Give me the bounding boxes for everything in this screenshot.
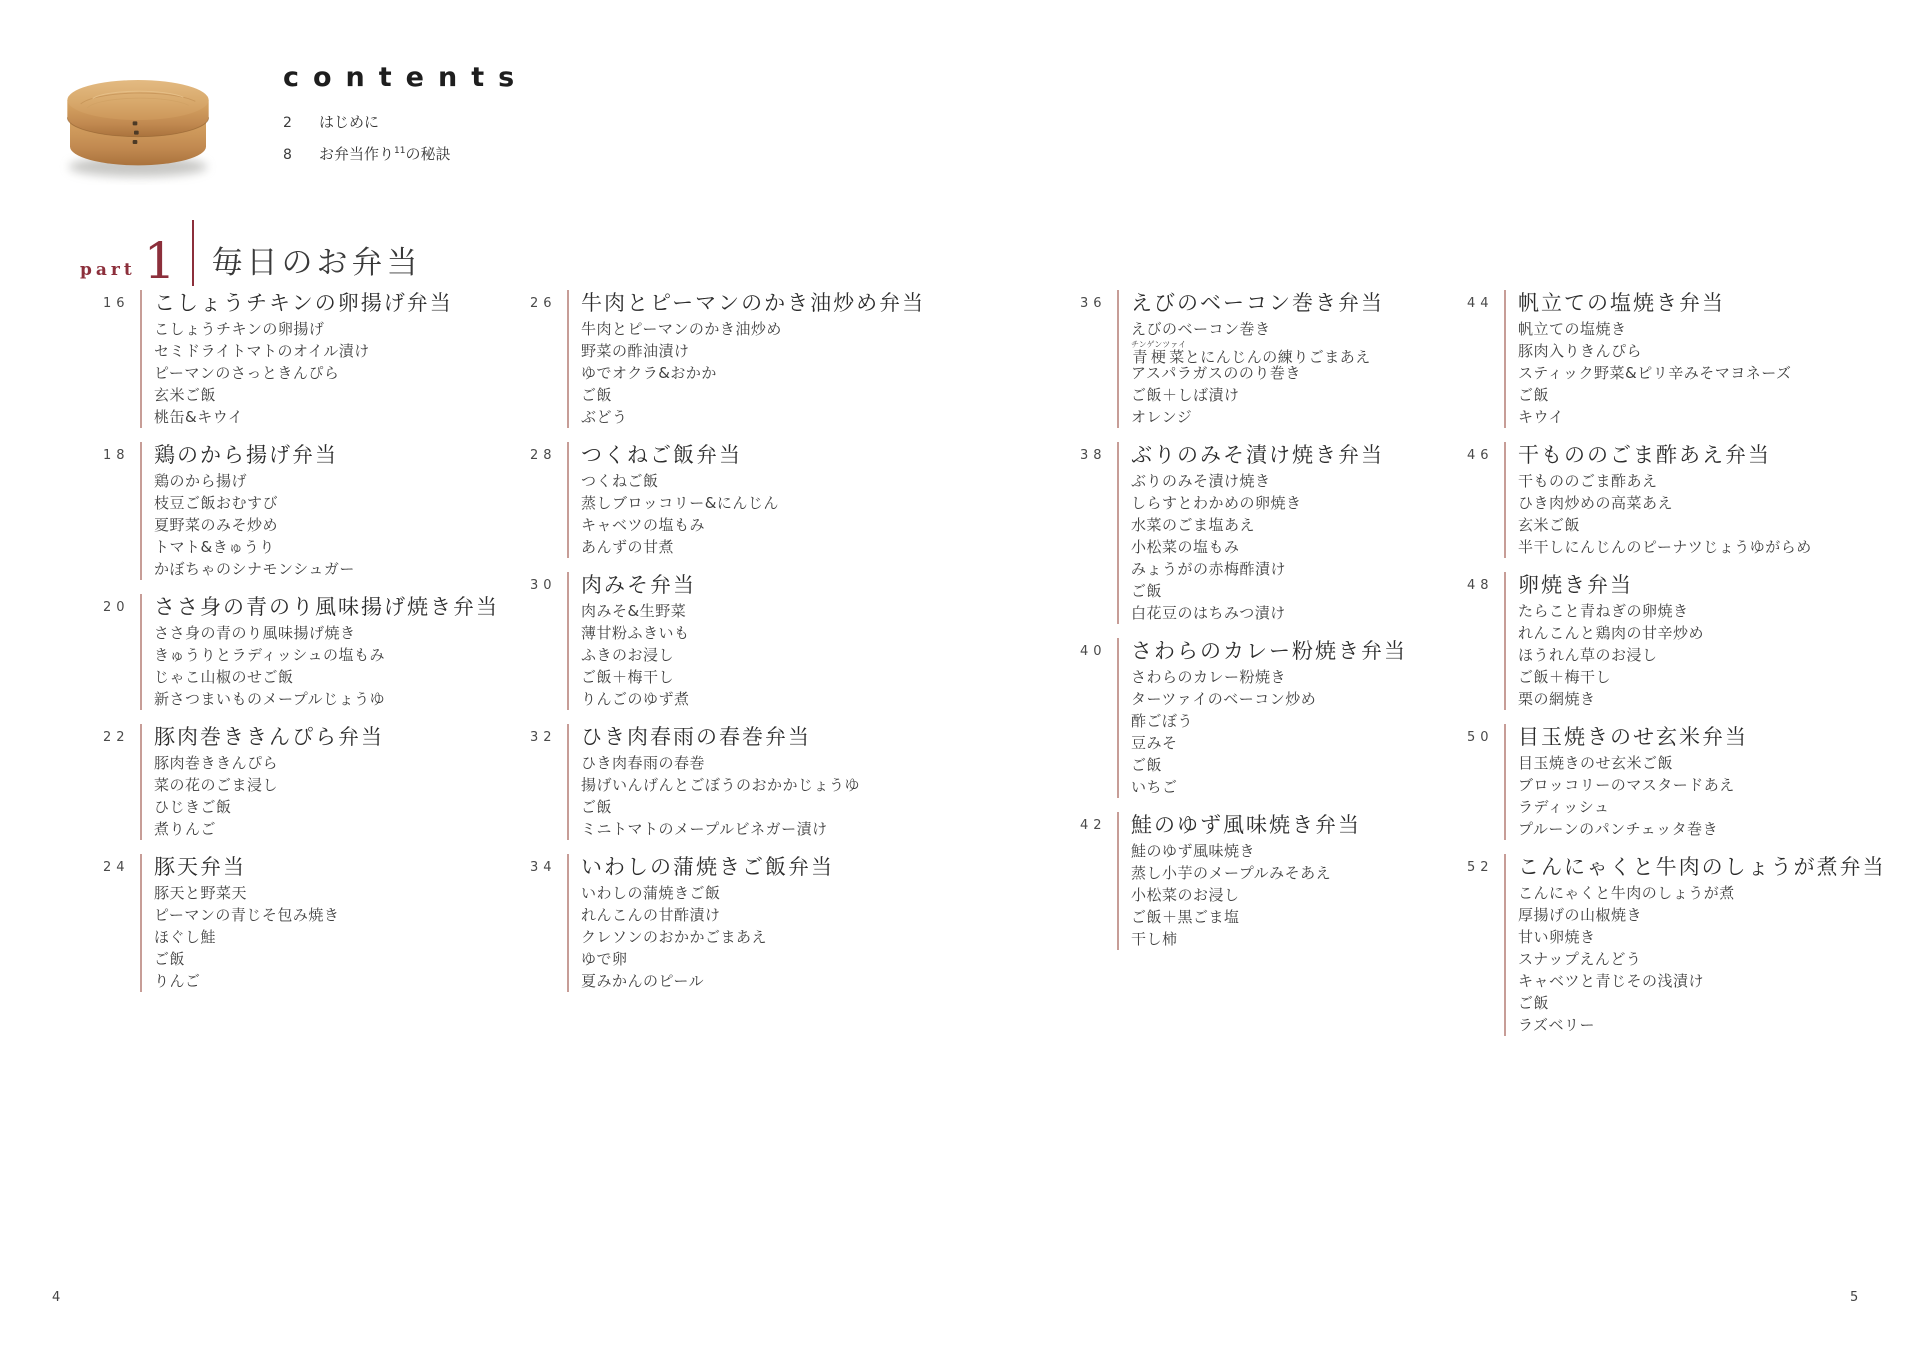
entry-item-list: ささ身の青のり風味揚げ焼ききゅうりとラディッシュの塩もみじゃこ山椒のせご飯新さつ… <box>154 622 499 710</box>
entry-item: いわしの蒲焼きご飯 <box>581 882 834 904</box>
toc-row: 2 はじめに <box>283 111 528 132</box>
entry-body: 鶏のから揚げ弁当鶏のから揚げ枝豆ご飯おむすび夏野菜のみそ炒めトマト&きゅうりかぼ… <box>140 442 355 580</box>
entry-item: かぼちゃのシナモンシュガー <box>154 558 355 580</box>
entry-body: ぶりのみそ漬け焼き弁当ぶりのみそ漬け焼きしらすとわかめの卵焼き水菜のごま塩あえ小… <box>1117 442 1384 624</box>
entry-item-list: さわらのカレー粉焼きターツァイのベーコン炒め酢ごぼう豆みそご飯いちご <box>1131 666 1407 798</box>
entry-item: あんずの甘煮 <box>581 536 779 558</box>
toc-entry: 32ひき肉春雨の春巻弁当ひき肉春雨の春巻揚げいんげんとごぼうのおかかじょうゆご飯… <box>530 724 950 840</box>
entry-item: 青梗菜チンゲンツァイとにんじんの練りごまあえ <box>1131 340 1384 362</box>
entry-item: 玄米ご飯 <box>154 384 453 406</box>
entry-item: ご飯 <box>1518 992 1886 1014</box>
entry-item: ほうれん草のお浸し <box>1518 644 1704 666</box>
entry-title: ひき肉春雨の春巻弁当 <box>581 724 860 750</box>
entry-item: ご飯＋黒ごま塩 <box>1131 906 1361 928</box>
entry-title: ささ身の青のり風味揚げ焼き弁当 <box>154 594 499 620</box>
entry-item: ご飯＋梅干し <box>581 666 696 688</box>
entry-item-list: 帆立ての塩焼き豚肉入りきんぴらスティック野菜&ピリ辛みそマヨネーズご飯キウイ <box>1518 318 1791 428</box>
entry-item: 鶏のから揚げ <box>154 470 355 492</box>
toc-entry: 36えびのベーコン巻き弁当えびのベーコン巻き青梗菜チンゲンツァイとにんじんの練り… <box>1080 290 1500 428</box>
entry-item: いちご <box>1131 776 1407 798</box>
entry-body: さわらのカレー粉焼き弁当さわらのカレー粉焼きターツァイのベーコン炒め酢ごぼう豆み… <box>1117 638 1407 798</box>
entry-item: 半干しにんじんのピーナツじょうゆがらめ <box>1518 536 1812 558</box>
entry-item: 栗の網焼き <box>1518 688 1704 710</box>
entry-item: セミドライトマトのオイル漬け <box>154 340 453 362</box>
entry-item: ブロッコリーのマスタードあえ <box>1518 774 1748 796</box>
entry-title: 牛肉とピーマンのかき油炒め弁当 <box>581 290 925 316</box>
toc-entry: 34いわしの蒲焼きご飯弁当いわしの蒲焼きご飯れんこんの甘酢漬けクレソンのおかかご… <box>530 854 950 992</box>
part-number: 1 <box>144 236 176 286</box>
entry-item: こしょうチキンの卵揚げ <box>154 318 453 340</box>
toc-entry: 48卵焼き弁当たらこと青ねぎの卵焼きれんこんと鶏肉の甘辛炒めほうれん草のお浸しご… <box>1467 572 1887 710</box>
contents-title: contents <box>283 62 528 93</box>
entry-item-list: 目玉焼きのせ玄米ご飯ブロッコリーのマスタードあえラディッシュプルーンのパンチェッ… <box>1518 752 1748 840</box>
toc-label: はじめに <box>319 111 379 132</box>
entry-item: ピーマンのさっときんぴら <box>154 362 453 384</box>
entry-item: ふきのお浸し <box>581 644 696 666</box>
entry-item: 野菜の酢油漬け <box>581 340 925 362</box>
entry-item-list: 鶏のから揚げ枝豆ご飯おむすび夏野菜のみそ炒めトマト&きゅうりかぼちゃのシナモンシ… <box>154 470 355 580</box>
entry-item: 豆みそ <box>1131 732 1407 754</box>
entry-body: 肉みそ弁当肉みそ&生野菜薄甘粉ふきいもふきのお浸しご飯＋梅干しりんごのゆず煮 <box>567 572 696 710</box>
entry-item-list: つくねご飯蒸しブロッコリー&にんじんキャベツの塩もみあんずの甘煮 <box>581 470 779 558</box>
entry-title: さわらのカレー粉焼き弁当 <box>1131 638 1407 664</box>
entry-title: 豚肉巻ききんぴら弁当 <box>154 724 384 750</box>
entry-body: つくねご飯弁当つくねご飯蒸しブロッコリー&にんじんキャベツの塩もみあんずの甘煮 <box>567 442 779 558</box>
contents-block: contents 2 はじめに 8 お弁当作り11の秘訣 <box>283 62 528 175</box>
toc-entry: 18鶏のから揚げ弁当鶏のから揚げ枝豆ご飯おむすび夏野菜のみそ炒めトマト&きゅうり… <box>103 442 523 580</box>
entry-page-number: 44 <box>1467 290 1494 428</box>
entry-page-number: 18 <box>103 442 130 580</box>
part-word: part <box>80 260 136 286</box>
entry-item: スナップえんどう <box>1518 948 1886 970</box>
entry-item: ご飯 <box>1131 580 1384 602</box>
toc-column-1: 16こしょうチキンの卵揚げ弁当こしょうチキンの卵揚げセミドライトマトのオイル漬け… <box>103 290 523 1006</box>
entry-page-number: 42 <box>1080 812 1107 950</box>
entry-page-number: 24 <box>103 854 130 992</box>
entry-page-number: 32 <box>530 724 557 840</box>
entry-item: 夏野菜のみそ炒め <box>154 514 355 536</box>
entry-item: ひじきご飯 <box>154 796 384 818</box>
entry-item-list: 肉みそ&生野菜薄甘粉ふきいもふきのお浸しご飯＋梅干しりんごのゆず煮 <box>581 600 696 710</box>
entry-item-list: いわしの蒲焼きご飯れんこんの甘酢漬けクレソンのおかかごまあえゆで卵夏みかんのピー… <box>581 882 834 992</box>
entry-item: ひき肉炒めの高菜あえ <box>1518 492 1812 514</box>
toc-entry: 16こしょうチキンの卵揚げ弁当こしょうチキンの卵揚げセミドライトマトのオイル漬け… <box>103 290 523 428</box>
entry-item: ゆで卵 <box>581 948 834 970</box>
entry-item: ほぐし鮭 <box>154 926 339 948</box>
wooden-bento-box-photo <box>58 52 218 192</box>
entry-body: 干もののごま酢あえ弁当干もののごま酢あえひき肉炒めの高菜あえ玄米ご飯半干しにんじ… <box>1504 442 1812 558</box>
entry-body: 卵焼き弁当たらこと青ねぎの卵焼きれんこんと鶏肉の甘辛炒めほうれん草のお浸しご飯＋… <box>1504 572 1704 710</box>
entry-item: ご飯 <box>581 384 925 406</box>
entry-item: 小松菜のお浸し <box>1131 884 1361 906</box>
entry-item: 蒸し小芋のメープルみそあえ <box>1131 862 1361 884</box>
entry-item: 牛肉とピーマンのかき油炒め <box>581 318 925 340</box>
entry-body: こんにゃくと牛肉のしょうが煮弁当こんにゃくと牛肉のしょうが煮厚揚げの山椒焼き甘い… <box>1504 854 1886 1036</box>
entry-body: 豚肉巻ききんぴら弁当豚肉巻ききんぴら菜の花のごま浸しひじきご飯煮りんご <box>140 724 384 840</box>
entry-title: 鮭のゆず風味焼き弁当 <box>1131 812 1361 838</box>
entry-title: 鶏のから揚げ弁当 <box>154 442 355 468</box>
entry-page-number: 22 <box>103 724 130 840</box>
entry-item: 甘い卵焼き <box>1518 926 1886 948</box>
entry-page-number: 50 <box>1467 724 1494 840</box>
toc-entry: 50目玉焼きのせ玄米弁当目玉焼きのせ玄米ご飯ブロッコリーのマスタードあえラディッ… <box>1467 724 1887 840</box>
entry-item: 厚揚げの山椒焼き <box>1518 904 1886 926</box>
entry-item: ご飯＋梅干し <box>1518 666 1704 688</box>
entry-page-number: 52 <box>1467 854 1494 1036</box>
part-divider-line <box>192 220 194 286</box>
entry-item: 干し柿 <box>1131 928 1361 950</box>
entry-title: 卵焼き弁当 <box>1518 572 1704 598</box>
entry-item: ラズベリー <box>1518 1014 1886 1036</box>
entry-item: 目玉焼きのせ玄米ご飯 <box>1518 752 1748 774</box>
toc-row: 8 お弁当作り11の秘訣 <box>283 143 528 164</box>
entry-item: 枝豆ご飯おむすび <box>154 492 355 514</box>
toc-entry: 46干もののごま酢あえ弁当干もののごま酢あえひき肉炒めの高菜あえ玄米ご飯半干しに… <box>1467 442 1887 558</box>
entry-item: キウイ <box>1518 406 1791 428</box>
entry-body: 豚天弁当豚天と野菜天ピーマンの青じそ包み焼きほぐし鮭ご飯りんご <box>140 854 339 992</box>
entry-title: 豚天弁当 <box>154 854 339 880</box>
entry-title: ぶりのみそ漬け焼き弁当 <box>1131 442 1384 468</box>
toc-entry: 42鮭のゆず風味焼き弁当鮭のゆず風味焼き蒸し小芋のメープルみそあえ小松菜のお浸し… <box>1080 812 1500 950</box>
toc-label: お弁当作り11の秘訣 <box>319 143 450 164</box>
entry-item: プルーンのパンチェッタ巻き <box>1518 818 1748 840</box>
entry-item: 豚肉入りきんぴら <box>1518 340 1791 362</box>
entry-item: みょうがの赤梅酢漬け <box>1131 558 1384 580</box>
entry-item: えびのベーコン巻き <box>1131 318 1384 340</box>
toc-entry: 30肉みそ弁当肉みそ&生野菜薄甘粉ふきいもふきのお浸しご飯＋梅干しりんごのゆず煮 <box>530 572 950 710</box>
entry-body: ひき肉春雨の春巻弁当ひき肉春雨の春巻揚げいんげんとごぼうのおかかじょうゆご飯ミニ… <box>567 724 860 840</box>
toc-entry: 22豚肉巻ききんぴら弁当豚肉巻ききんぴら菜の花のごま浸しひじきご飯煮りんご <box>103 724 523 840</box>
entry-page-number: 30 <box>530 572 557 710</box>
entry-item-list: 干もののごま酢あえひき肉炒めの高菜あえ玄米ご飯半干しにんじんのピーナツじょうゆが… <box>1518 470 1812 558</box>
part-title: 毎日のお弁当 <box>212 237 422 286</box>
entry-body: 帆立ての塩焼き弁当帆立ての塩焼き豚肉入りきんぴらスティック野菜&ピリ辛みそマヨネ… <box>1504 290 1791 428</box>
entry-item: しらすとわかめの卵焼き <box>1131 492 1384 514</box>
entry-body: 鮭のゆず風味焼き弁当鮭のゆず風味焼き蒸し小芋のメープルみそあえ小松菜のお浸しご飯… <box>1117 812 1361 950</box>
entry-item: りんご <box>154 970 339 992</box>
toc-entry: 44帆立ての塩焼き弁当帆立ての塩焼き豚肉入りきんぴらスティック野菜&ピリ辛みそマ… <box>1467 290 1887 428</box>
entry-item: 新さつまいものメープルじょうゆ <box>154 688 499 710</box>
entry-item: 干もののごま酢あえ <box>1518 470 1812 492</box>
entry-item-list: こしょうチキンの卵揚げセミドライトマトのオイル漬けピーマンのさっときんぴら玄米ご… <box>154 318 453 428</box>
entry-title: つくねご飯弁当 <box>581 442 779 468</box>
toc-page-number: 8 <box>283 147 319 163</box>
entry-item: ご飯 <box>154 948 339 970</box>
entry-item-list: 牛肉とピーマンのかき油炒め野菜の酢油漬けゆでオクラ&おかかご飯ぶどう <box>581 318 925 428</box>
entry-body: こしょうチキンの卵揚げ弁当こしょうチキンの卵揚げセミドライトマトのオイル漬けピー… <box>140 290 453 428</box>
entry-item: ご飯 <box>581 796 860 818</box>
entry-title: 帆立ての塩焼き弁当 <box>1518 290 1791 316</box>
entry-title: 干もののごま酢あえ弁当 <box>1518 442 1812 468</box>
entry-item: れんこんと鶏肉の甘辛炒め <box>1518 622 1704 644</box>
part-header: part 1 毎日のお弁当 <box>80 220 422 286</box>
entry-item: ゆでオクラ&おかか <box>581 362 925 384</box>
toc-entry: 26牛肉とピーマンのかき油炒め弁当牛肉とピーマンのかき油炒め野菜の酢油漬けゆでオ… <box>530 290 950 428</box>
toc-entry: 24豚天弁当豚天と野菜天ピーマンの青じそ包み焼きほぐし鮭ご飯りんご <box>103 854 523 992</box>
entry-item: キャベツと青じその浅漬け <box>1518 970 1886 992</box>
entry-item: 玄米ご飯 <box>1518 514 1812 536</box>
entry-item: 肉みそ&生野菜 <box>581 600 696 622</box>
entry-title: 目玉焼きのせ玄米弁当 <box>1518 724 1748 750</box>
entry-item-list: ぶりのみそ漬け焼きしらすとわかめの卵焼き水菜のごま塩あえ小松菜の塩もみみょうがの… <box>1131 470 1384 624</box>
entry-item: ご飯 <box>1131 754 1407 776</box>
entry-title: こんにゃくと牛肉のしょうが煮弁当 <box>1518 854 1886 880</box>
entry-item: 煮りんご <box>154 818 384 840</box>
entry-item: りんごのゆず煮 <box>581 688 696 710</box>
bento-box-illustration <box>58 52 218 192</box>
toc-page-number: 2 <box>283 115 319 131</box>
entry-body: ささ身の青のり風味揚げ焼き弁当ささ身の青のり風味揚げ焼ききゅうりとラディッシュの… <box>140 594 499 710</box>
entry-item: さわらのカレー粉焼き <box>1131 666 1407 688</box>
entry-title: 肉みそ弁当 <box>581 572 696 598</box>
folio-page-number-right: 5 <box>1850 1290 1858 1305</box>
entry-page-number: 46 <box>1467 442 1494 558</box>
entry-item: 桃缶&キウイ <box>154 406 453 428</box>
entry-item: トマト&きゅうり <box>154 536 355 558</box>
toc-entry: 52こんにゃくと牛肉のしょうが煮弁当こんにゃくと牛肉のしょうが煮厚揚げの山椒焼き… <box>1467 854 1887 1036</box>
entry-item: れんこんの甘酢漬け <box>581 904 834 926</box>
entry-item: 菜の花のごま浸し <box>154 774 384 796</box>
entry-page-number: 36 <box>1080 290 1107 428</box>
toc-entry: 20ささ身の青のり風味揚げ焼き弁当ささ身の青のり風味揚げ焼ききゅうりとラディッシ… <box>103 594 523 710</box>
entry-item: 豚天と野菜天 <box>154 882 339 904</box>
entry-item: 酢ごぼう <box>1131 710 1407 732</box>
entry-item: ぶどう <box>581 406 925 428</box>
toc-entry: 28つくねご飯弁当つくねご飯蒸しブロッコリー&にんじんキャベツの塩もみあんずの甘… <box>530 442 950 558</box>
entry-item: ラディッシュ <box>1518 796 1748 818</box>
entry-item: たらこと青ねぎの卵焼き <box>1518 600 1704 622</box>
entry-item: こんにゃくと牛肉のしょうが煮 <box>1518 882 1886 904</box>
toc-column-4: 44帆立ての塩焼き弁当帆立ての塩焼き豚肉入りきんぴらスティック野菜&ピリ辛みそマ… <box>1467 290 1887 1050</box>
entry-item-list: 鮭のゆず風味焼き蒸し小芋のメープルみそあえ小松菜のお浸しご飯＋黒ごま塩干し柿 <box>1131 840 1361 950</box>
entry-item-list: えびのベーコン巻き青梗菜チンゲンツァイとにんじんの練りごまあえアスパラガスののり… <box>1131 318 1384 428</box>
entry-item-list: ひき肉春雨の春巻揚げいんげんとごぼうのおかかじょうゆご飯ミニトマトのメープルビネ… <box>581 752 860 840</box>
entry-item: 水菜のごま塩あえ <box>1131 514 1384 536</box>
entry-item: クレソンのおかかごまあえ <box>581 926 834 948</box>
entry-body: いわしの蒲焼きご飯弁当いわしの蒲焼きご飯れんこんの甘酢漬けクレソンのおかかごまあ… <box>567 854 834 992</box>
entry-item: 白花豆のはちみつ漬け <box>1131 602 1384 624</box>
entry-item: ささ身の青のり風味揚げ焼き <box>154 622 499 644</box>
entry-page-number: 34 <box>530 854 557 992</box>
entry-item: ひき肉春雨の春巻 <box>581 752 860 774</box>
toc-column-2: 26牛肉とピーマンのかき油炒め弁当牛肉とピーマンのかき油炒め野菜の酢油漬けゆでオ… <box>530 290 950 1006</box>
entry-title: こしょうチキンの卵揚げ弁当 <box>154 290 453 316</box>
entry-page-number: 20 <box>103 594 130 710</box>
entry-page-number: 28 <box>530 442 557 558</box>
entry-page-number: 26 <box>530 290 557 428</box>
entry-item: 蒸しブロッコリー&にんじん <box>581 492 779 514</box>
toc-entry: 40さわらのカレー粉焼き弁当さわらのカレー粉焼きターツァイのベーコン炒め酢ごぼう… <box>1080 638 1500 798</box>
entry-item: ターツァイのベーコン炒め <box>1131 688 1407 710</box>
entry-item-list: 豚肉巻ききんぴら菜の花のごま浸しひじきご飯煮りんご <box>154 752 384 840</box>
entry-page-number: 38 <box>1080 442 1107 624</box>
entry-item: 揚げいんげんとごぼうのおかかじょうゆ <box>581 774 860 796</box>
entry-item: 薄甘粉ふきいも <box>581 622 696 644</box>
entry-item: 豚肉巻ききんぴら <box>154 752 384 774</box>
entry-body: 目玉焼きのせ玄米弁当目玉焼きのせ玄米ご飯ブロッコリーのマスタードあえラディッシュ… <box>1504 724 1748 840</box>
folio-page-number-left: 4 <box>52 1290 60 1305</box>
entry-item-list: 豚天と野菜天ピーマンの青じそ包み焼きほぐし鮭ご飯りんご <box>154 882 339 992</box>
entry-title: えびのベーコン巻き弁当 <box>1131 290 1384 316</box>
entry-item: ぶりのみそ漬け焼き <box>1131 470 1384 492</box>
toc-entry: 38ぶりのみそ漬け焼き弁当ぶりのみそ漬け焼きしらすとわかめの卵焼き水菜のごま塩あ… <box>1080 442 1500 624</box>
entry-item: スティック野菜&ピリ辛みそマヨネーズ <box>1518 362 1791 384</box>
entry-body: 牛肉とピーマンのかき油炒め弁当牛肉とピーマンのかき油炒め野菜の酢油漬けゆでオクラ… <box>567 290 925 428</box>
entry-item: 帆立ての塩焼き <box>1518 318 1791 340</box>
entry-item: ご飯 <box>1518 384 1791 406</box>
entry-item-list: こんにゃくと牛肉のしょうが煮厚揚げの山椒焼き甘い卵焼きスナップえんどうキャベツと… <box>1518 882 1886 1036</box>
entry-page-number: 40 <box>1080 638 1107 798</box>
entry-item-list: たらこと青ねぎの卵焼きれんこんと鶏肉の甘辛炒めほうれん草のお浸しご飯＋梅干し栗の… <box>1518 600 1704 710</box>
entry-item: きゅうりとラディッシュの塩もみ <box>154 644 499 666</box>
entry-item: オレンジ <box>1131 406 1384 428</box>
entry-page-number: 16 <box>103 290 130 428</box>
entry-item: キャベツの塩もみ <box>581 514 779 536</box>
entry-item: 鮭のゆず風味焼き <box>1131 840 1361 862</box>
entry-page-number: 48 <box>1467 572 1494 710</box>
entry-item: つくねご飯 <box>581 470 779 492</box>
entry-item: ミニトマトのメープルビネガー漬け <box>581 818 860 840</box>
entry-title: いわしの蒲焼きご飯弁当 <box>581 854 834 880</box>
entry-item: ピーマンの青じそ包み焼き <box>154 904 339 926</box>
entry-item: じゃこ山椒のせご飯 <box>154 666 499 688</box>
entry-item: ご飯＋しば漬け <box>1131 384 1384 406</box>
entry-item: 小松菜の塩もみ <box>1131 536 1384 558</box>
toc-column-3: 36えびのベーコン巻き弁当えびのベーコン巻き青梗菜チンゲンツァイとにんじんの練り… <box>1080 290 1500 964</box>
entry-item: 夏みかんのピール <box>581 970 834 992</box>
entry-body: えびのベーコン巻き弁当えびのベーコン巻き青梗菜チンゲンツァイとにんじんの練りごま… <box>1117 290 1384 428</box>
